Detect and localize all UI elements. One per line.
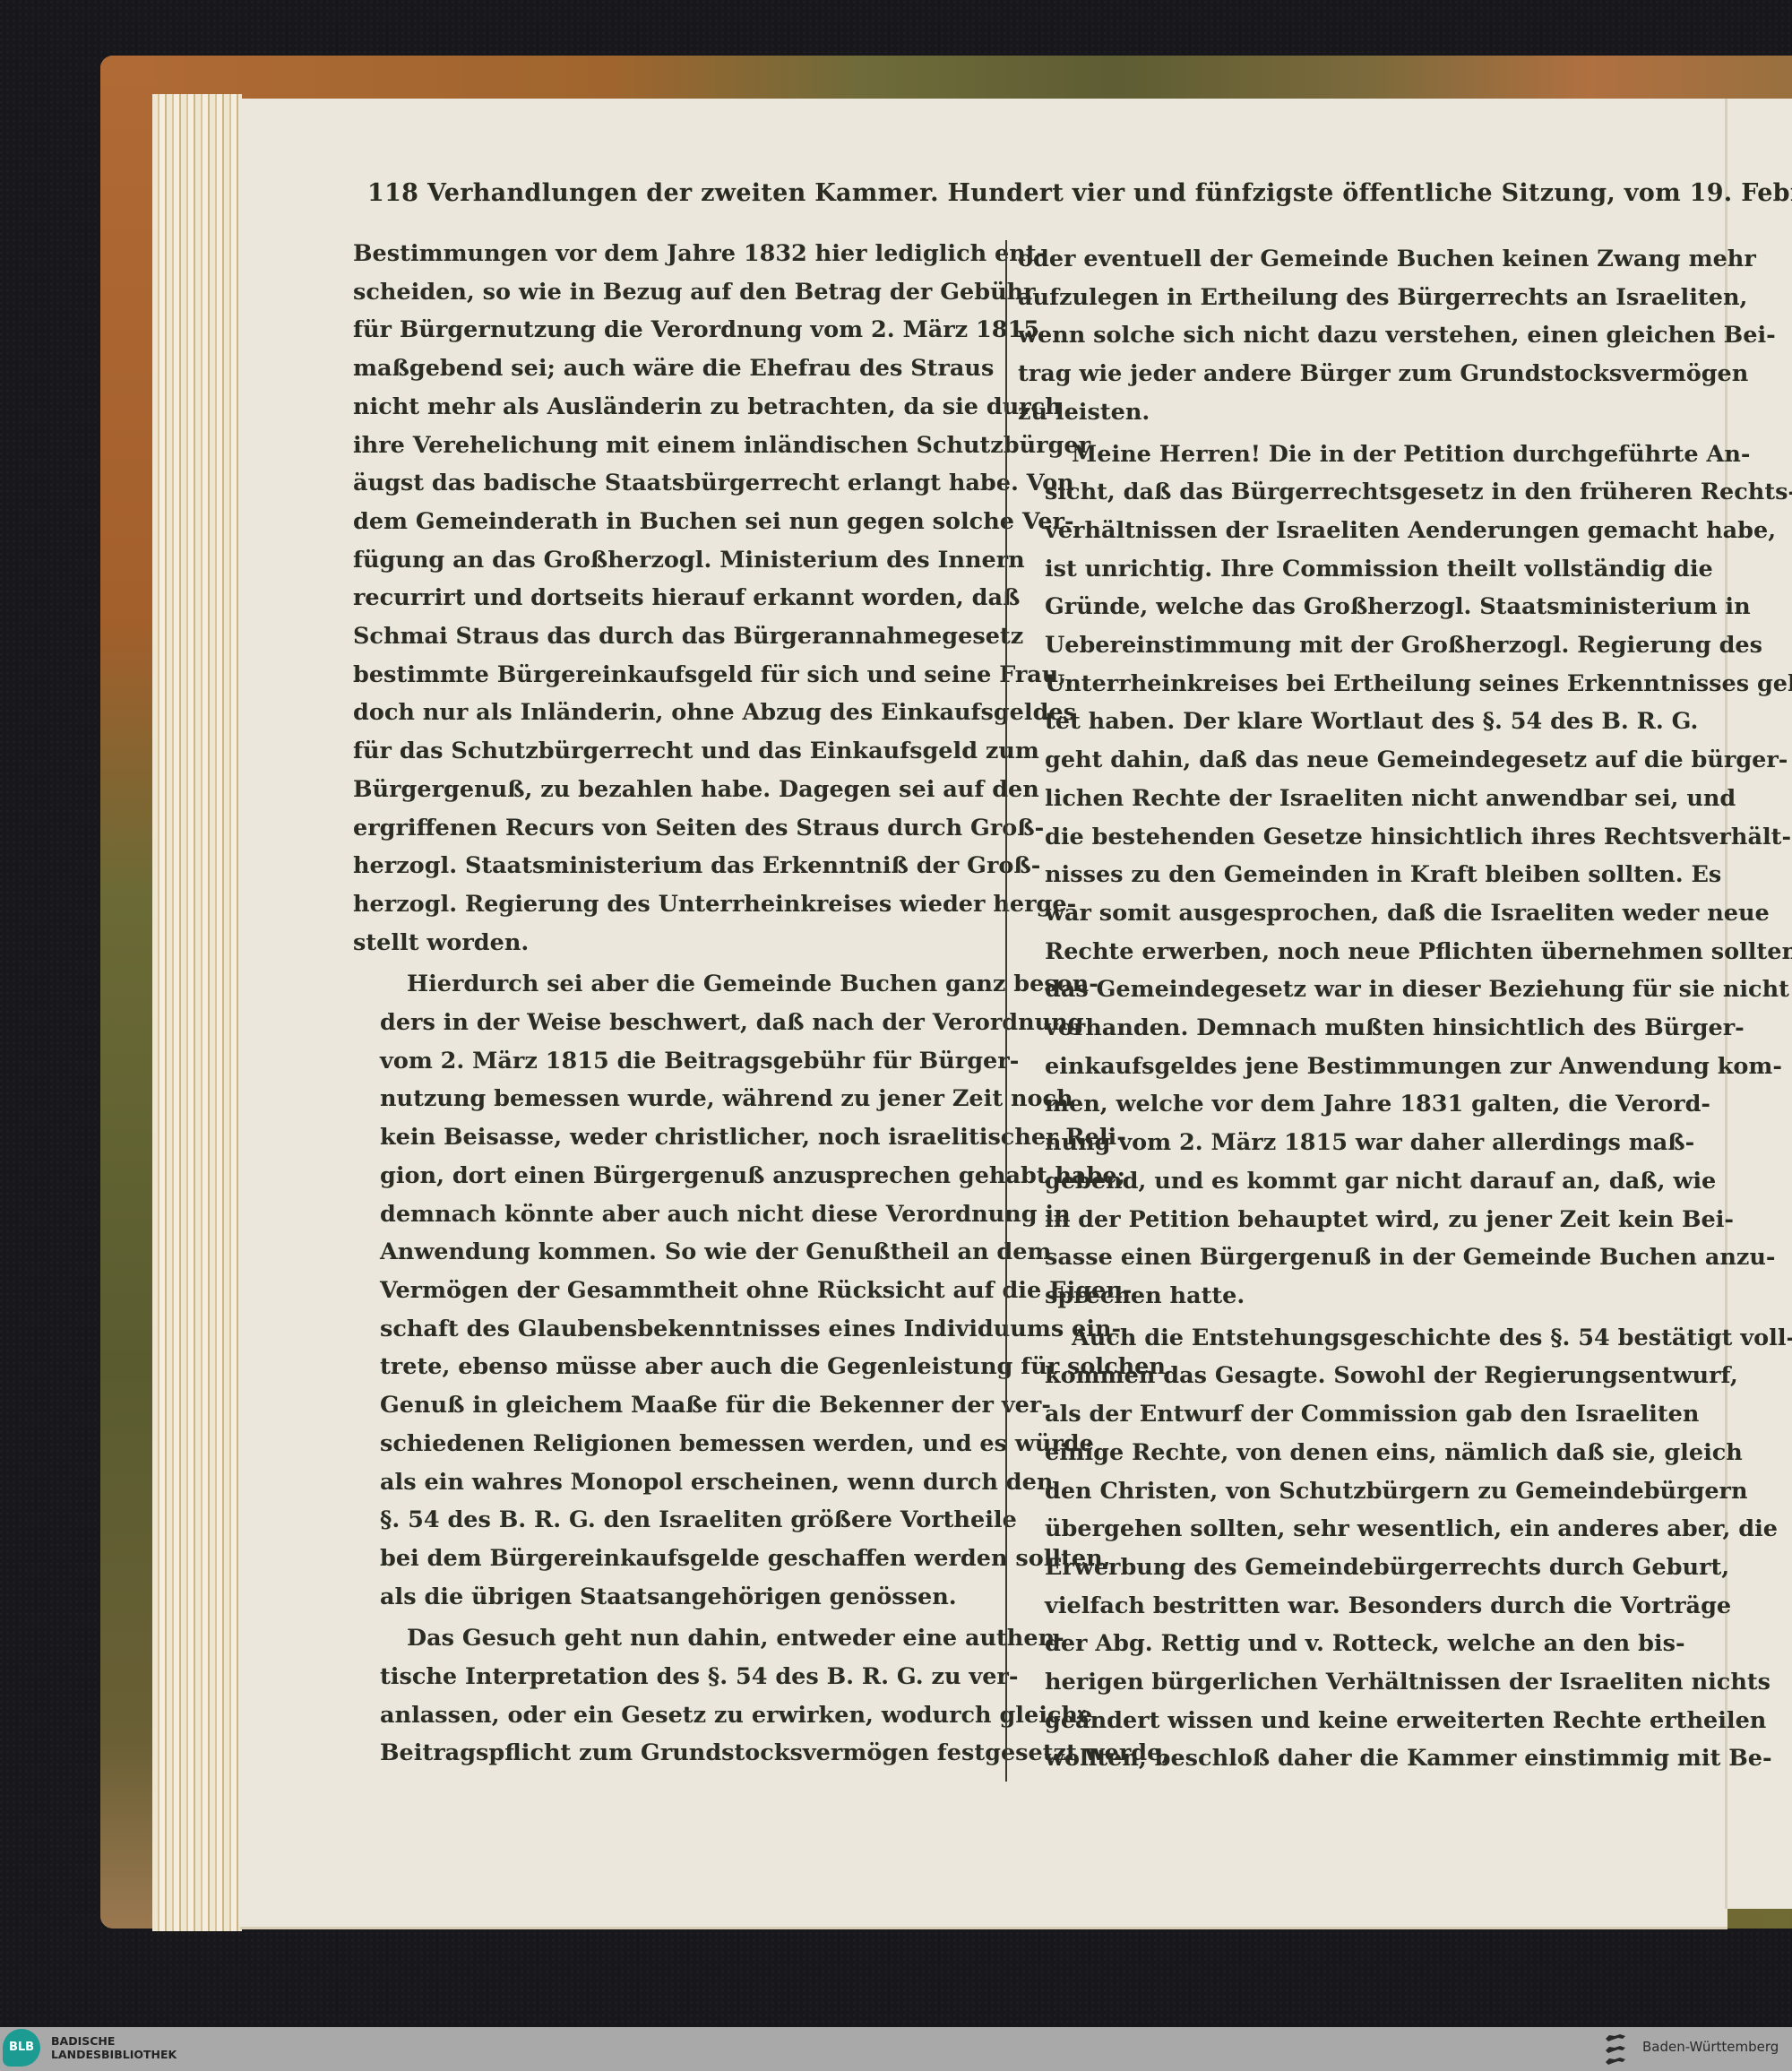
text-line: Anwendung kommen. So wie der Genußtheil … [353, 1233, 971, 1272]
text-line: vielfach bestritten war. Besonders durch… [1018, 1587, 1636, 1626]
text-line: ders in der Weise beschwert, daß nach de… [353, 1004, 971, 1042]
text-line: anlassen, oder ein Gesetz zu erwirken, w… [353, 1696, 971, 1735]
text-line: trag wie jeder andere Bürger zum Grundst… [1018, 355, 1636, 393]
text-line: herigen bürgerlichen Verhältnissen der I… [1018, 1663, 1636, 1702]
text-line: die bestehenden Gesetze hinsichtlich ihr… [1018, 818, 1636, 857]
text-line: kommen das Gesagte. Sowohl der Regierung… [1018, 1357, 1636, 1395]
text-line: nicht mehr als Ausländerin zu betrachten… [353, 388, 971, 427]
text-line: geht dahin, daß das neue Gemeindegesetz … [1018, 741, 1636, 780]
footer-bar [0, 2027, 1792, 2071]
text-line: sicht, daß das Bürgerrechtsgesetz in den… [1018, 473, 1636, 512]
book-cover-left-edge [100, 56, 154, 1929]
paragraph: Auch die Entstehungsgeschichte des §. 54… [1018, 1319, 1636, 1778]
text-line: wenn solche sich nicht dazu verstehen, e… [1018, 316, 1636, 355]
text-line: einkaufsgeldes jene Bestimmungen zur Anw… [1018, 1048, 1636, 1086]
text-line: Rechte erwerben, noch neue Pflichten übe… [1018, 933, 1636, 971]
text-line: sprechen hatte. [1018, 1277, 1636, 1316]
text-line: recurrirt und dortseits hierauf erkannt … [353, 579, 971, 617]
text-line: als der Entwurf der Commission gab den I… [1018, 1395, 1636, 1434]
text-line: schiedenen Religionen bemessen werden, u… [353, 1425, 971, 1463]
text-line: ihre Verehelichung mit einem inländische… [353, 427, 971, 465]
baden-wuerttemberg-lions-icon[interactable] [1604, 2031, 1627, 2067]
text-line: Vermögen der Gesammtheit ohne Rücksicht … [353, 1272, 971, 1310]
text-line: nisses zu den Gemeinden in Kraft bleiben… [1018, 856, 1636, 894]
text-line: gion, dort einen Bürgergenuß anzuspreche… [353, 1157, 971, 1195]
page-stack-edges [152, 94, 242, 1931]
text-line: kein Beisasse, weder christlicher, noch … [353, 1118, 971, 1157]
text-line: aufzulegen in Ertheilung des Bürgerrecht… [1018, 279, 1636, 317]
text-line: scheiden, so wie in Bezug auf den Betrag… [353, 273, 971, 312]
text-line: herzogl. Regierung des Unterrheinkreises… [353, 885, 971, 924]
paragraph: Hierdurch sei aber die Gemeinde Buchen g… [353, 965, 971, 1616]
text-line: Meine Herren! Die in der Petition durchg… [1018, 436, 1636, 474]
text-line: maßgebend sei; auch wäre die Ehefrau des… [353, 349, 971, 388]
text-line: einige Rechte, von denen eins, nämlich d… [1018, 1434, 1636, 1472]
text-line: schaft des Glaubensbekenntnisses eines I… [353, 1310, 971, 1349]
text-line: äugst das badische Staatsbürgerrecht erl… [353, 464, 971, 503]
text-line: tet haben. Der klare Wortlaut des §. 54 … [1018, 703, 1636, 741]
text-line: Das Gesuch geht nun dahin, entweder eine… [353, 1619, 971, 1658]
text-line: §. 54 des B. R. G. den Israeliten größer… [353, 1501, 971, 1540]
text-line: das Gemeindegesetz war in dieser Beziehu… [1018, 971, 1636, 1009]
text-line: Hierdurch sei aber die Gemeinde Buchen g… [353, 965, 971, 1004]
right-column: oder eventuell der Gemeinde Buchen keine… [1018, 240, 1636, 1778]
blb-logo-icon[interactable]: BLB [3, 2029, 40, 2067]
text-line: in der Petition behauptet wird, zu jener… [1018, 1201, 1636, 1239]
text-line: Beitragspflicht zum Grundstocksvermögen … [353, 1734, 971, 1773]
text-line: men, welche vor dem Jahre 1831 galten, d… [1018, 1085, 1636, 1124]
blb-logo-line1: BADISCHE [51, 2034, 177, 2048]
text-line: ist unrichtig. Ihre Commission theilt vo… [1018, 550, 1636, 589]
text-line: Erwerbung des Gemeindebürgerrechts durch… [1018, 1549, 1636, 1587]
text-line: verhältnissen der Israeliten Aenderungen… [1018, 512, 1636, 550]
text-line: Unterrheinkreises bei Ertheilung seines … [1018, 665, 1636, 703]
text-line: vom 2. März 1815 die Beitragsgebühr für … [353, 1042, 971, 1081]
text-line: herzogl. Staatsministerium das Erkenntni… [353, 847, 971, 885]
text-line: war somit ausgesprochen, daß die Israeli… [1018, 894, 1636, 933]
blb-logo-line2: LANDESBIBLIOTHEK [51, 2048, 177, 2061]
text-line: Bürgergenuß, zu bezahlen habe. Dagegen s… [353, 771, 971, 809]
text-line: sasse einen Bürgergenuß in der Gemeinde … [1018, 1238, 1636, 1277]
text-line: gebend, und es kommt gar nicht darauf an… [1018, 1162, 1636, 1201]
text-line: geändert wissen und keine erweiterten Re… [1018, 1702, 1636, 1740]
text-line: ergriffenen Recurs von Seiten des Straus… [353, 809, 971, 848]
text-line: tische Interpretation des §. 54 des B. R… [353, 1658, 971, 1696]
text-line: demnach könnte aber auch nicht diese Ver… [353, 1195, 971, 1234]
text-line: als ein wahres Monopol erscheinen, wenn … [353, 1463, 971, 1502]
text-line: nung vom 2. März 1815 war daher allerdin… [1018, 1124, 1636, 1162]
text-line: Uebereinstimmung mit der Großherzogl. Re… [1018, 626, 1636, 665]
text-line: doch nur als Inländerin, ohne Abzug des … [353, 694, 971, 732]
text-line: stellt worden. [353, 924, 971, 962]
text-line: Genuß in gleichem Maaße für die Bekenner… [353, 1386, 971, 1425]
text-line: vorhanden. Demnach mußten hinsichtlich d… [1018, 1009, 1636, 1048]
blb-logo-text[interactable]: BADISCHE LANDESBIBLIOTHEK [51, 2034, 177, 2061]
text-line: Bestimmungen vor dem Jahre 1832 hier led… [353, 235, 971, 273]
paragraph: Meine Herren! Die in der Petition durchg… [1018, 436, 1636, 1316]
paragraph: Das Gesuch geht nun dahin, entweder eine… [353, 1619, 971, 1773]
text-line: übergehen sollten, sehr wesentlich, ein … [1018, 1510, 1636, 1549]
text-line: Gründe, welche das Großherzogl. Staatsmi… [1018, 588, 1636, 626]
baden-wuerttemberg-text[interactable]: Baden-Württemberg [1642, 2039, 1779, 2055]
text-line: als die übrigen Staatsangehörigen genöss… [353, 1578, 971, 1617]
paragraph: Bestimmungen vor dem Jahre 1832 hier led… [353, 235, 971, 962]
text-line: nutzung bemessen wurde, während zu jener… [353, 1080, 971, 1118]
text-line: oder eventuell der Gemeinde Buchen keine… [1018, 240, 1636, 279]
book-cover-top-edge [100, 56, 1792, 100]
text-line: dem Gemeinderath in Buchen sei nun gegen… [353, 503, 971, 541]
text-line: wollten, beschloß daher die Kammer einst… [1018, 1739, 1636, 1778]
left-column: Bestimmungen vor dem Jahre 1832 hier led… [353, 235, 971, 1773]
text-line: Schmai Straus das durch das Bürgerannahm… [353, 617, 971, 656]
text-line: bestimmte Bürgereinkaufsgeld für sich un… [353, 656, 971, 695]
text-line: für Bürgernutzung die Verordnung vom 2. … [353, 311, 971, 349]
text-line: der Abg. Rettig und v. Rotteck, welche a… [1018, 1625, 1636, 1663]
running-header: 118 Verhandlungen der zweiten Kammer. Hu… [367, 179, 1622, 207]
text-line: Auch die Entstehungsgeschichte des §. 54… [1018, 1319, 1636, 1358]
text-line: für das Schutzbürgerrecht und das Einkau… [353, 732, 971, 771]
text-line: trete, ebenso müsse aber auch die Gegenl… [353, 1348, 971, 1386]
text-line: bei dem Bürgereinkaufsgelde geschaffen w… [353, 1540, 971, 1578]
column-divider [1005, 240, 1007, 1782]
paragraph: oder eventuell der Gemeinde Buchen keine… [1018, 240, 1636, 432]
text-line: lichen Rechte der Israeliten nicht anwen… [1018, 780, 1636, 818]
text-line: den Christen, von Schutzbürgern zu Gemei… [1018, 1472, 1636, 1511]
text-line: fügung an das Großherzogl. Ministerium d… [353, 541, 971, 580]
text-line: zu leisten. [1018, 393, 1636, 432]
